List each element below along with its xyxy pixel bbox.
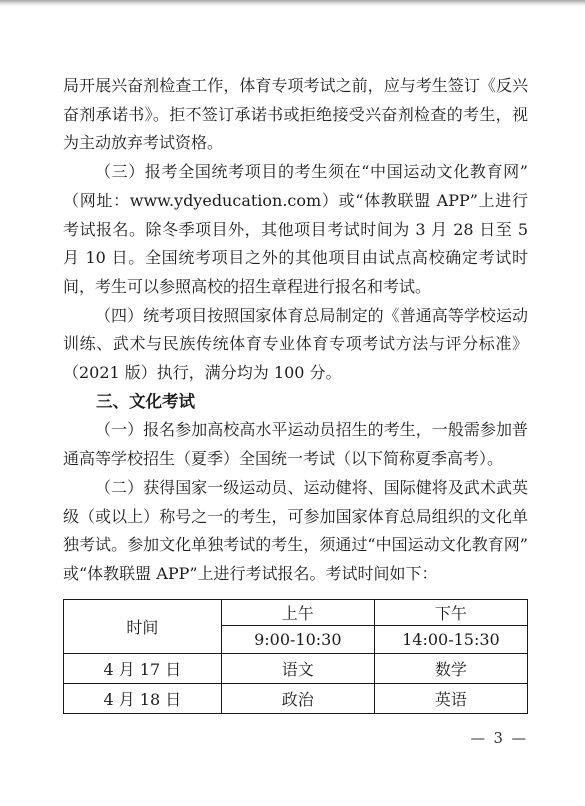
document-page: 局开展兴奋剂检查工作，体育专项考试之前，应与考生签订《反兴奋剂承诺书》。拒不签订… bbox=[0, 0, 585, 806]
schedule-date-april-17: 4 月 17 日 bbox=[64, 653, 222, 683]
section-heading-culture-exam: 三、文化考试 bbox=[63, 388, 528, 417]
page-number: — 3 — bbox=[63, 731, 550, 747]
paragraph-item-2-single-exam: （二）获得国家一级运动员、运动健将、国际健将及武术武英级（或以上）称号之一的考生… bbox=[63, 474, 528, 589]
schedule-time-morning: 9:00-10:30 bbox=[221, 625, 374, 653]
schedule-header-afternoon: 下午 bbox=[374, 599, 527, 625]
paragraph-item-1-gaokao: （一）报名参加高校高水平运动员招生的考生，一般需参加普通高等学校招生（夏季）全国… bbox=[63, 416, 528, 473]
schedule-subject-math: 数学 bbox=[374, 653, 527, 683]
schedule-date-april-18: 4 月 18 日 bbox=[64, 683, 222, 713]
schedule-subject-politics: 政治 bbox=[221, 683, 374, 713]
schedule-time-afternoon: 14:00-15:30 bbox=[374, 625, 527, 653]
schedule-header-morning: 上午 bbox=[221, 599, 374, 625]
exam-schedule-table: 时间 上午 下午 9:00-10:30 14:00-15:30 4 月 17 日… bbox=[63, 599, 528, 714]
schedule-corner-header: 时间 bbox=[64, 599, 222, 653]
document-body: 局开展兴奋剂检查工作，体育专项考试之前，应与考生签订《反兴奋剂承诺书》。拒不签订… bbox=[0, 6, 585, 714]
schedule-subject-chinese: 语文 bbox=[221, 653, 374, 683]
paragraph-item-3-registration: （三）报考全国统考项目的考生须在“中国运动文化教育网”（网址：www.ydyed… bbox=[63, 158, 528, 302]
schedule-subject-english: 英语 bbox=[374, 683, 527, 713]
paragraph-antidoping-continuation: 局开展兴奋剂检查工作，体育专项考试之前，应与考生签订《反兴奋剂承诺书》。拒不签订… bbox=[63, 72, 528, 158]
paragraph-item-4-standards: （四）统考项目按照国家体育总局制定的《普通高等学校运动训练、武术与民族传统体育专… bbox=[63, 302, 528, 388]
